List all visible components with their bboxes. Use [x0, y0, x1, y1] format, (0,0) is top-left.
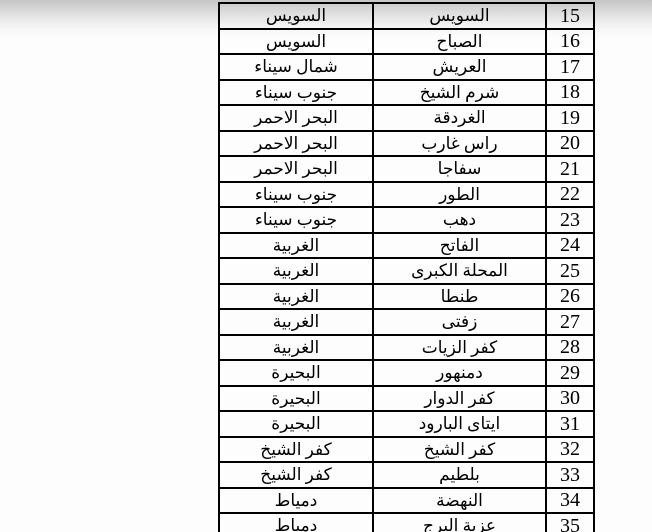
serial-number-cell: 23 [546, 207, 594, 233]
city-name-cell: عزبة البرج [373, 513, 546, 532]
serial-number-cell: 22 [546, 182, 594, 208]
city-name-cell: شرم الشيخ [373, 80, 546, 106]
serial-number-cell: 26 [546, 284, 594, 310]
city-name-cell: المحلة الكبرى [373, 258, 546, 284]
governorate-name-cell: الغربية [219, 258, 373, 284]
city-name-cell: دمنهور [373, 360, 546, 386]
serial-number-cell: 19 [546, 105, 594, 131]
governorate-name-cell: البحر الاحمر [219, 156, 373, 182]
governorate-name-cell: شمال سيناء [219, 54, 373, 80]
city-name-cell: دهب [373, 207, 546, 233]
cities-governorates-table: 15 السويس السويس 16 الصباح السويس 17 الع… [218, 2, 595, 532]
table-row: 26 طنطا الغربية [219, 284, 594, 310]
governorate-name-cell: دمياط [219, 513, 373, 532]
governorate-name-cell: البحيرة [219, 411, 373, 437]
governorate-name-cell: الغربية [219, 284, 373, 310]
city-name-cell: الطور [373, 182, 546, 208]
serial-number-cell: 21 [546, 156, 594, 182]
city-name-cell: بلطيم [373, 462, 546, 488]
city-name-cell: الغردقة [373, 105, 546, 131]
table-row: 30 كفر الدوار البحيرة [219, 386, 594, 412]
governorate-name-cell: الغربية [219, 233, 373, 259]
table-row: 18 شرم الشيخ جنوب سيناء [219, 80, 594, 106]
table-row: 28 كفر الزيات الغربية [219, 335, 594, 361]
serial-number-cell: 17 [546, 54, 594, 80]
serial-number-cell: 35 [546, 513, 594, 532]
governorate-name-cell: السويس [219, 29, 373, 55]
governorate-name-cell: البحر الاحمر [219, 105, 373, 131]
serial-number-cell: 24 [546, 233, 594, 259]
serial-number-cell: 30 [546, 386, 594, 412]
governorate-name-cell: البحيرة [219, 386, 373, 412]
governorate-name-cell: جنوب سيناء [219, 182, 373, 208]
table-row: 24 الفاتح الغربية [219, 233, 594, 259]
city-name-cell: سفاجا [373, 156, 546, 182]
governorate-name-cell: السويس [219, 3, 373, 29]
governorate-name-cell: دمياط [219, 488, 373, 514]
city-name-cell: ايتاى البارود [373, 411, 546, 437]
serial-number-cell: 20 [546, 131, 594, 157]
governorate-name-cell: كفر الشيخ [219, 462, 373, 488]
table-row: 35 عزبة البرج دمياط [219, 513, 594, 532]
table-body: 15 السويس السويس 16 الصباح السويس 17 الع… [219, 3, 594, 532]
serial-number-cell: 25 [546, 258, 594, 284]
governorate-name-cell: جنوب سيناء [219, 207, 373, 233]
city-name-cell: كفر الزيات [373, 335, 546, 361]
governorate-name-cell: البحر الاحمر [219, 131, 373, 157]
serial-number-cell: 32 [546, 437, 594, 463]
governorate-name-cell: جنوب سيناء [219, 80, 373, 106]
table-row: 32 كفر الشيخ كفر الشيخ [219, 437, 594, 463]
city-name-cell: العريش [373, 54, 546, 80]
table-row: 21 سفاجا البحر الاحمر [219, 156, 594, 182]
city-name-cell: طنطا [373, 284, 546, 310]
governorate-name-cell: الغربية [219, 309, 373, 335]
city-name-cell: كفر الدوار [373, 386, 546, 412]
table-row: 23 دهب جنوب سيناء [219, 207, 594, 233]
city-name-cell: النهضة [373, 488, 546, 514]
table-row: 22 الطور جنوب سيناء [219, 182, 594, 208]
city-name-cell: السويس [373, 3, 546, 29]
serial-number-cell: 27 [546, 309, 594, 335]
table-row: 27 زفتى الغربية [219, 309, 594, 335]
city-name-cell: كفر الشيخ [373, 437, 546, 463]
serial-number-cell: 31 [546, 411, 594, 437]
document-page: { "page": { "background_color": "#fdfdfd… [0, 0, 652, 532]
city-name-cell: زفتى [373, 309, 546, 335]
serial-number-cell: 33 [546, 462, 594, 488]
city-name-cell: الفاتح [373, 233, 546, 259]
table-row: 15 السويس السويس [219, 3, 594, 29]
serial-number-cell: 29 [546, 360, 594, 386]
serial-number-cell: 28 [546, 335, 594, 361]
table-row: 20 راس غارب البحر الاحمر [219, 131, 594, 157]
serial-number-cell: 34 [546, 488, 594, 514]
table-row: 25 المحلة الكبرى الغربية [219, 258, 594, 284]
city-name-cell: الصباح [373, 29, 546, 55]
table-row: 17 العريش شمال سيناء [219, 54, 594, 80]
table-row: 31 ايتاى البارود البحيرة [219, 411, 594, 437]
serial-number-cell: 16 [546, 29, 594, 55]
table-row: 34 النهضة دمياط [219, 488, 594, 514]
governorate-name-cell: كفر الشيخ [219, 437, 373, 463]
serial-number-cell: 18 [546, 80, 594, 106]
governorate-name-cell: الغربية [219, 335, 373, 361]
table-row: 16 الصباح السويس [219, 29, 594, 55]
city-name-cell: راس غارب [373, 131, 546, 157]
table-row: 19 الغردقة البحر الاحمر [219, 105, 594, 131]
governorate-name-cell: البحيرة [219, 360, 373, 386]
table-row: 33 بلطيم كفر الشيخ [219, 462, 594, 488]
table-row: 29 دمنهور البحيرة [219, 360, 594, 386]
serial-number-cell: 15 [546, 3, 594, 29]
